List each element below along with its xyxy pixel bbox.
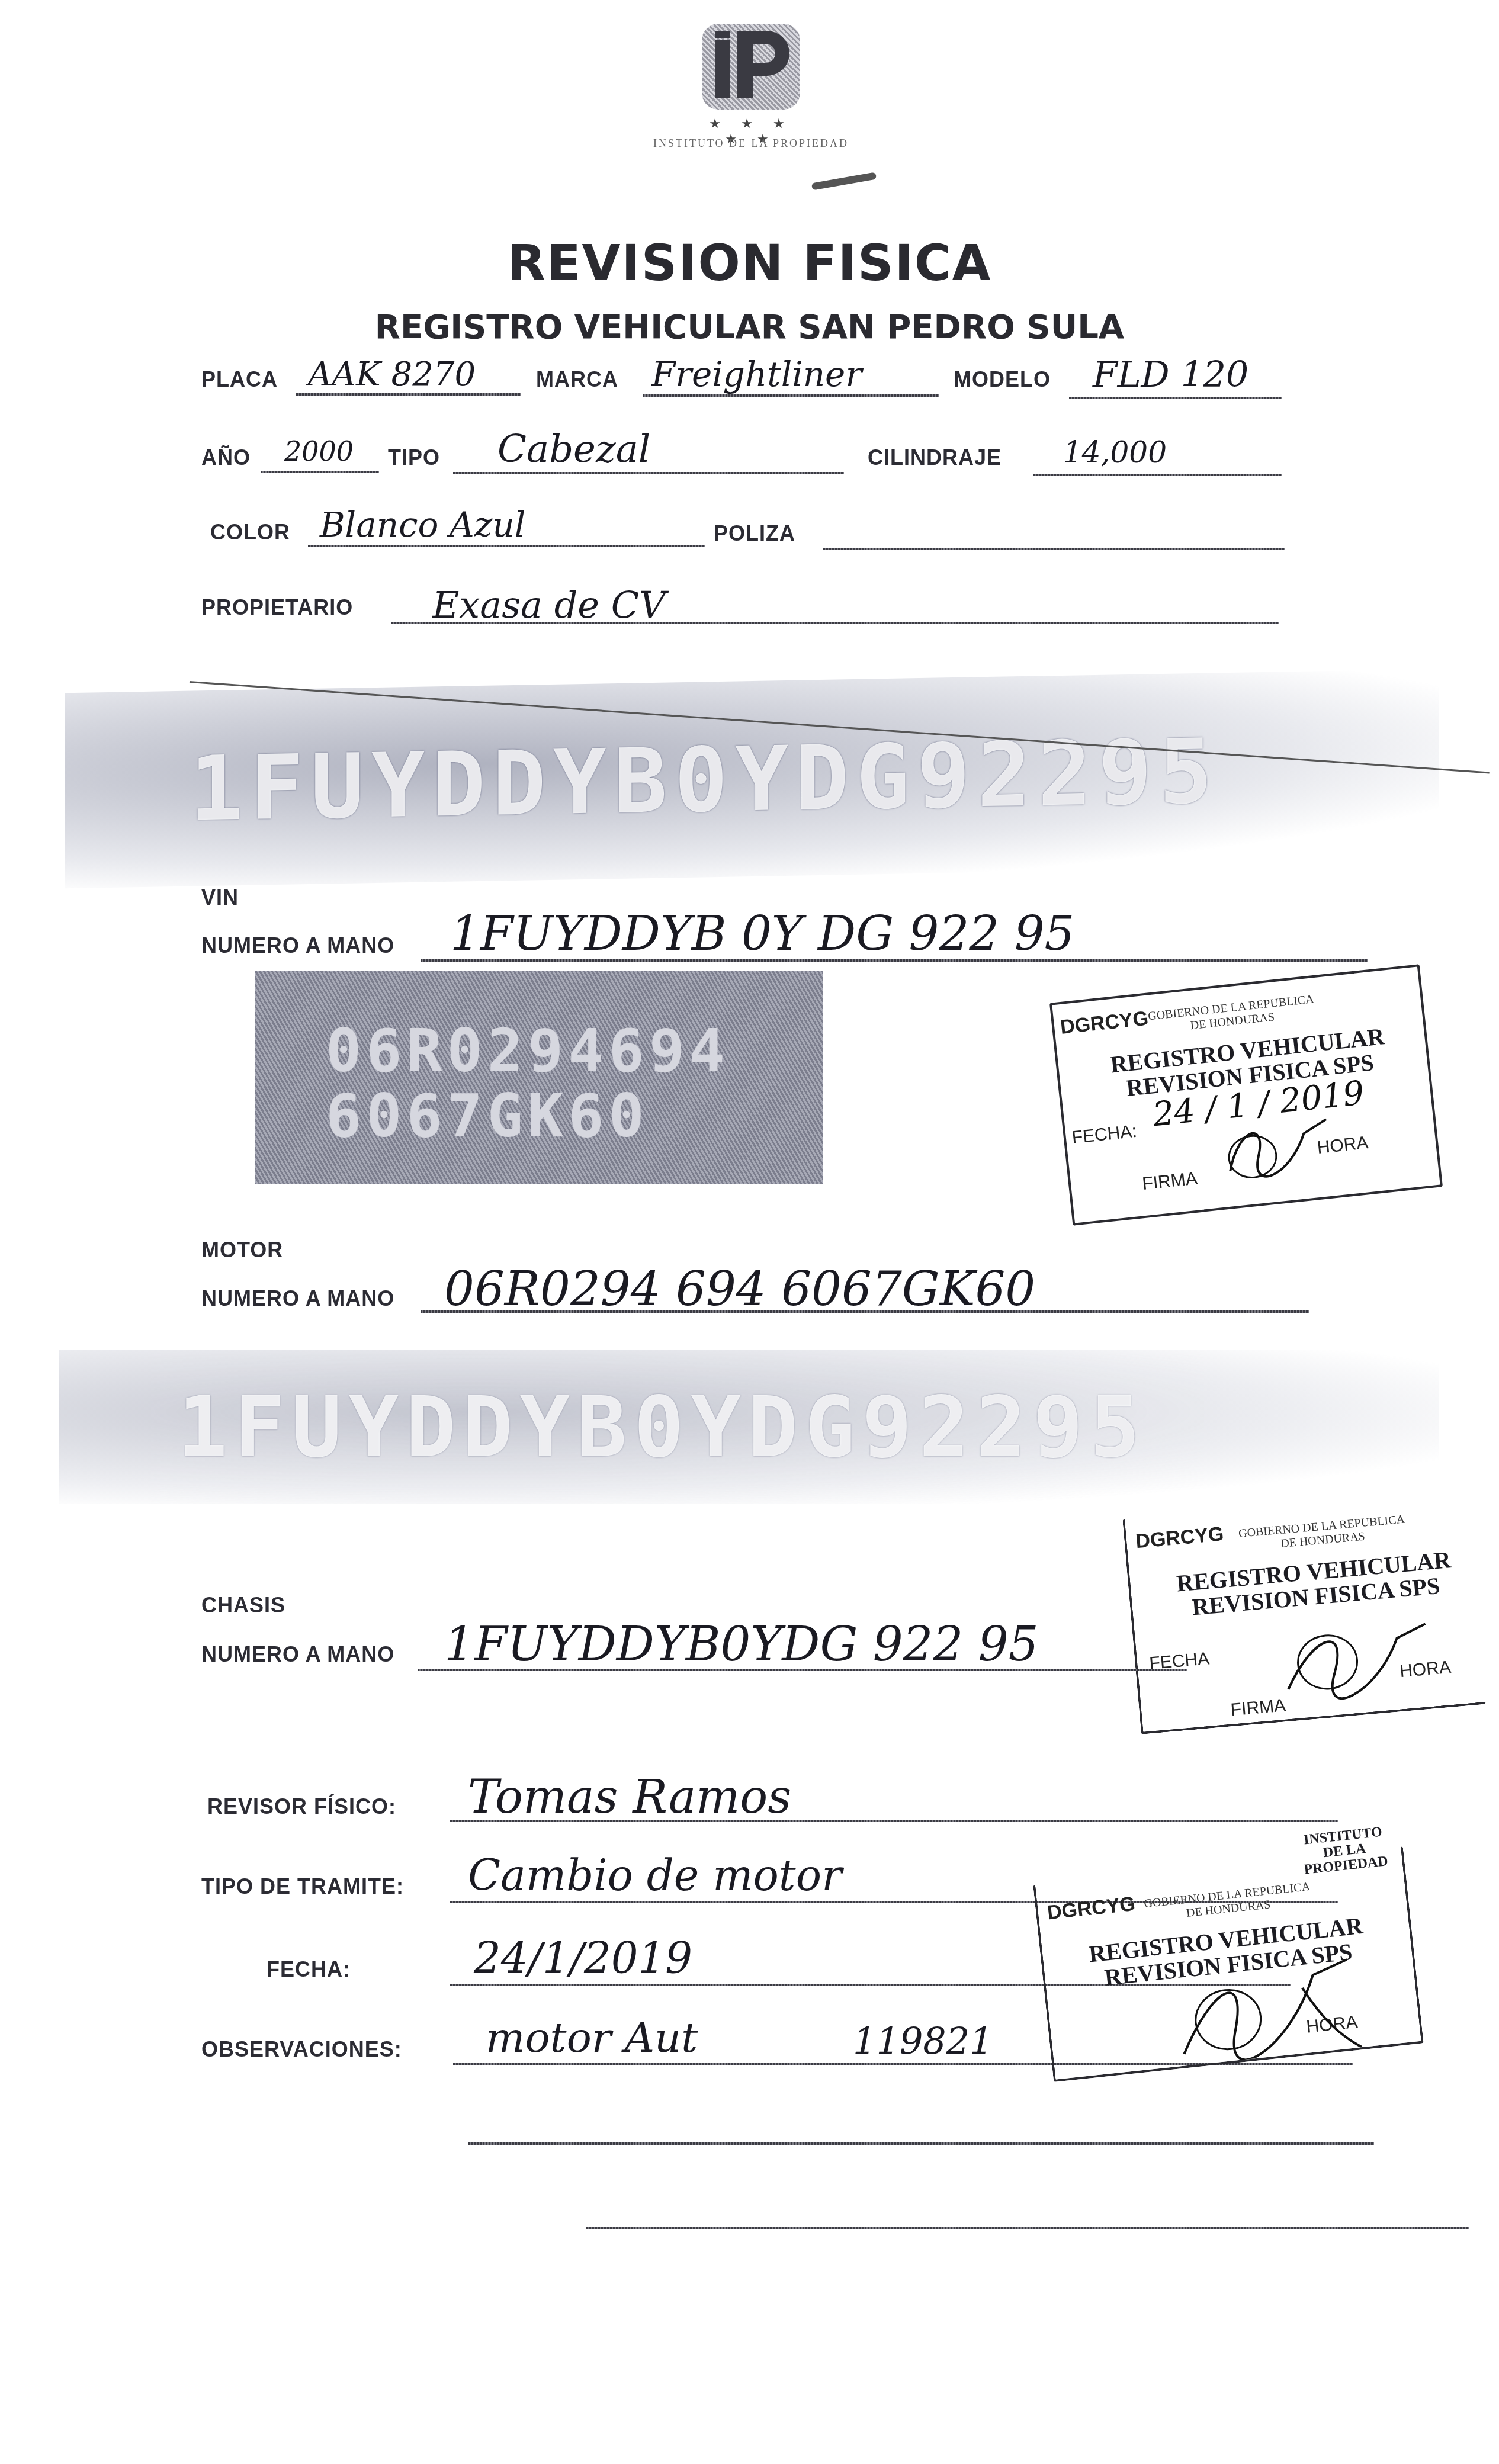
poliza-underline bbox=[823, 548, 1285, 550]
vin-mano-label: NUMERO A MANO bbox=[201, 933, 394, 958]
color-underline bbox=[308, 545, 705, 547]
marca-label: MARCA bbox=[536, 367, 618, 392]
chasis-section-label: CHASIS bbox=[201, 1593, 285, 1618]
marca-underline bbox=[643, 394, 939, 397]
tramite-value[interactable]: Cambio de motor bbox=[468, 1851, 842, 1900]
observaciones-label: OBSERVACIONES: bbox=[201, 2037, 402, 2062]
marca-value[interactable]: Freightliner bbox=[651, 354, 862, 394]
motor-section-label: MOTOR bbox=[201, 1238, 283, 1262]
page-title: REVISION FISICA bbox=[0, 234, 1499, 292]
registro-stamp-3: DGRCYG INSTITUTO DE LA PROPIEDAD GOBIERN… bbox=[1033, 1846, 1423, 2082]
anio-value[interactable]: 2000 bbox=[284, 435, 354, 467]
chasis-mano-label: NUMERO A MANO bbox=[201, 1642, 394, 1667]
color-label: COLOR bbox=[210, 520, 290, 545]
fecha-label: FECHA: bbox=[267, 1957, 351, 1982]
signature-icon bbox=[1276, 1605, 1437, 1707]
cilindraje-underline bbox=[1033, 474, 1282, 476]
color-value[interactable]: Blanco Azul bbox=[320, 505, 525, 545]
logo-caption: INSTITUTO DE LA PROPIEDAD bbox=[646, 137, 856, 150]
chasis-mano-value[interactable]: 1FUYDDYB0YDG 922 95 bbox=[444, 1617, 1039, 1672]
observaciones-value[interactable]: motor Aut bbox=[486, 2013, 698, 2062]
propietario-label: PROPIETARIO bbox=[201, 595, 353, 620]
revisor-label: REVISOR FÍSICO: bbox=[207, 1794, 396, 1819]
tramite-label: TIPO DE TRAMITE: bbox=[201, 1874, 404, 1899]
vin-mano-value[interactable]: 1FUYDDYB 0Y DG 922 95 bbox=[450, 906, 1075, 961]
modelo-label: MODELO bbox=[954, 367, 1051, 392]
modelo-underline bbox=[1069, 397, 1282, 399]
observaciones-extra[interactable]: 119821 bbox=[853, 2019, 993, 2063]
logo-i-stem bbox=[715, 40, 730, 98]
vin-rubbing-imprint: 1FUYDDYB0YDG92295 bbox=[65, 669, 1439, 888]
fecha-value[interactable]: 24/1/2019 bbox=[474, 1933, 692, 1983]
anio-label: AÑO bbox=[201, 445, 251, 470]
institute-logo-icon bbox=[702, 24, 800, 110]
tipo-underline bbox=[453, 472, 844, 474]
registro-stamp-1: DGRCYG GOBIERNO DE LA REPUBLICA DE HONDU… bbox=[1049, 964, 1443, 1226]
motor-mano-value[interactable]: 06R0294 694 6067GK60 bbox=[444, 1261, 1035, 1316]
page-subtitle: REGISTRO VEHICULAR SAN PEDRO SULA bbox=[0, 308, 1499, 346]
cilindraje-label: CILINDRAJE bbox=[868, 445, 1002, 470]
signature-icon bbox=[1163, 1947, 1362, 2067]
cilindraje-value[interactable]: 14,000 bbox=[1063, 435, 1167, 470]
motor-mano-label: NUMERO A MANO bbox=[201, 1286, 394, 1311]
poliza-label: POLIZA bbox=[714, 521, 795, 546]
observaciones-line-3 bbox=[586, 2227, 1469, 2229]
placa-value[interactable]: AAK 8270 bbox=[308, 355, 476, 394]
registro-stamp-2: DGRCYG GOBIERNO DE LA REPUBLICA DE HONDU… bbox=[1122, 1489, 1486, 1734]
observaciones-line-2 bbox=[468, 2142, 1374, 2145]
chasis-rubbing-imprint: 1FUYDDYB0YDG92295 bbox=[59, 1350, 1439, 1504]
revisor-value[interactable]: Tomas Ramos bbox=[468, 1771, 791, 1824]
swoosh-mark bbox=[811, 172, 877, 191]
signature-icon bbox=[1213, 1107, 1338, 1190]
propietario-value[interactable]: Exasa de CV bbox=[432, 583, 666, 627]
placa-label: PLACA bbox=[201, 367, 278, 392]
logo-i-dot bbox=[715, 31, 730, 38]
vin-section-label: VIN bbox=[201, 885, 239, 910]
tipo-label: TIPO bbox=[388, 445, 440, 470]
logo-p-letter bbox=[737, 31, 789, 98]
motor-rubbing-imprint: 06R0294694 6067GK60 bbox=[255, 971, 823, 1184]
anio-underline bbox=[261, 471, 379, 473]
modelo-value[interactable]: FLD 120 bbox=[1093, 354, 1248, 396]
tipo-value[interactable]: Cabezal bbox=[497, 428, 650, 471]
